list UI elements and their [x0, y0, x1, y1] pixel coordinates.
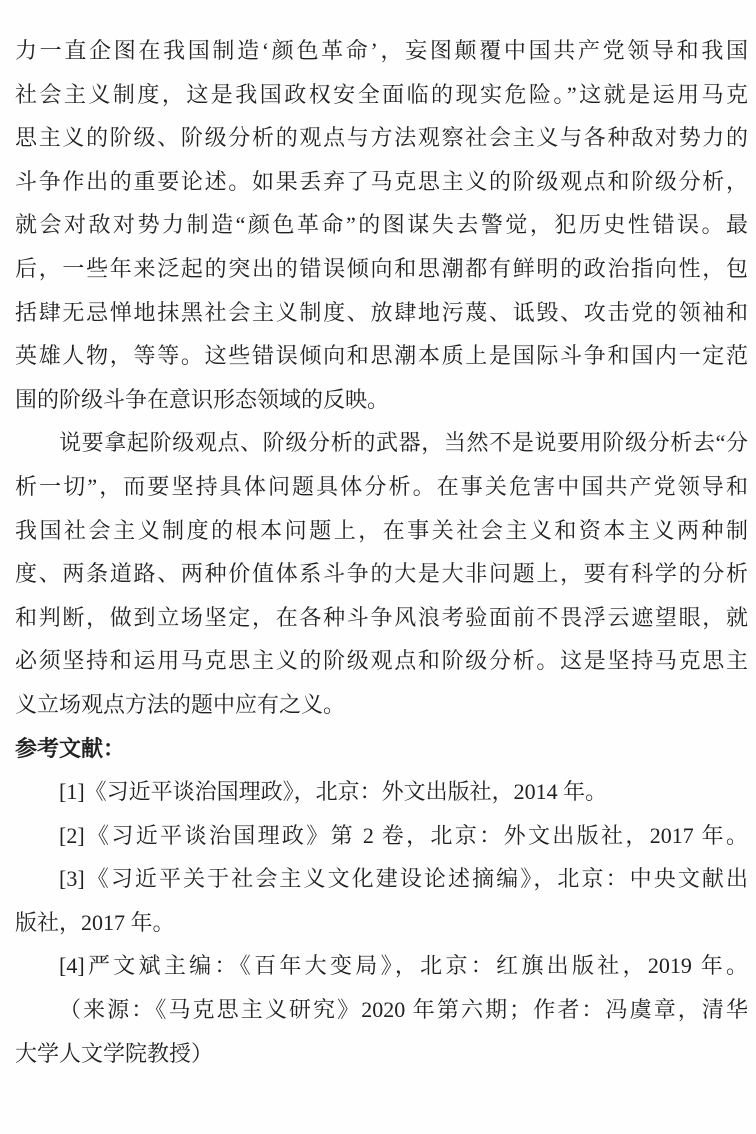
reference-line: [4]严文斌主编：《百年大变局》，北京：红旗出版社，2019 年。: [15, 944, 748, 988]
paragraph2-line: 和判断，做到立场坚定，在各种斗争风浪考验面前不畏浮云遮望眼，就: [15, 596, 748, 640]
reference-line: [2]《习近平谈治国理政》第 2 卷，北京：外文出版社，2017 年。: [15, 814, 748, 858]
paragraph1-line: 就会对敌对势力制造“颜色革命”的图谋失去警觉，犯历史性错误。最: [15, 203, 748, 247]
paragraph1-line: 斗争作出的重要论述。如果丢弃了马克思主义的阶级观点和阶级分析，: [15, 160, 748, 204]
paragraph2-line: 义立场观点方法的题中应有之义。: [15, 683, 748, 727]
paragraph1-line: 后，一些年来泛起的突出的错误倾向和思潮都有鲜明的政治指向性，包: [15, 247, 748, 291]
paragraph1-line: 思主义的阶级、阶级分析的观点与方法观察社会主义与各种敌对势力的: [15, 116, 748, 160]
document-page: 力一直企图在我国制造‘颜色革命’，妄图颠覆中国共产党领导和我国 社会主义制度，这…: [0, 0, 756, 1134]
paragraph2-line: 说要拿起阶级观点、阶级分析的武器，当然不是说要用阶级分析去“分: [15, 421, 748, 465]
document-text-block: 力一直企图在我国制造‘颜色革命’，妄图颠覆中国共产党领导和我国 社会主义制度，这…: [15, 29, 748, 1075]
paragraph1-line: 英雄人物，等等。这些错误倾向和思潮本质上是国际斗争和国内一定范: [15, 334, 748, 378]
paragraph1-line: 围的阶级斗争在意识形态领域的反映。: [15, 378, 748, 422]
paragraph1-line: 社会主义制度，这是我国政权安全面临的现实危险。”这就是运用马克: [15, 73, 748, 117]
source-note-line: 大学人文学院教授）: [15, 1032, 748, 1076]
paragraph2-line: 必须坚持和运用马克思主义的阶级观点和阶级分析。这是坚持马克思主: [15, 639, 748, 683]
reference-line: 版社，2017 年。: [15, 901, 748, 945]
reference-line: [1]《习近平谈治国理政》，北京：外文出版社，2014 年。: [15, 770, 748, 814]
paragraph1-line: 力一直企图在我国制造‘颜色革命’，妄图颠覆中国共产党领导和我国: [15, 29, 748, 73]
references-heading: 参考文献：: [15, 727, 748, 771]
paragraph2-line: 析一切”，而要坚持具体问题具体分析。在事关危害中国共产党领导和: [15, 465, 748, 509]
source-note-line: （来源：《马克思主义研究》2020 年第六期；作者：冯虞章，清华: [15, 988, 748, 1032]
paragraph1-line: 括肆无忌惮地抹黑社会主义制度、放肆地污蔑、诋毁、攻击党的领袖和: [15, 291, 748, 335]
reference-line: [3]《习近平关于社会主义文化建设论述摘编》，北京：中央文献出: [15, 857, 748, 901]
paragraph2-line: 度、两条道路、两种价值体系斗争的大是大非问题上，要有科学的分析: [15, 552, 748, 596]
paragraph2-line: 我国社会主义制度的根本问题上，在事关社会主义和资本主义两种制: [15, 509, 748, 553]
